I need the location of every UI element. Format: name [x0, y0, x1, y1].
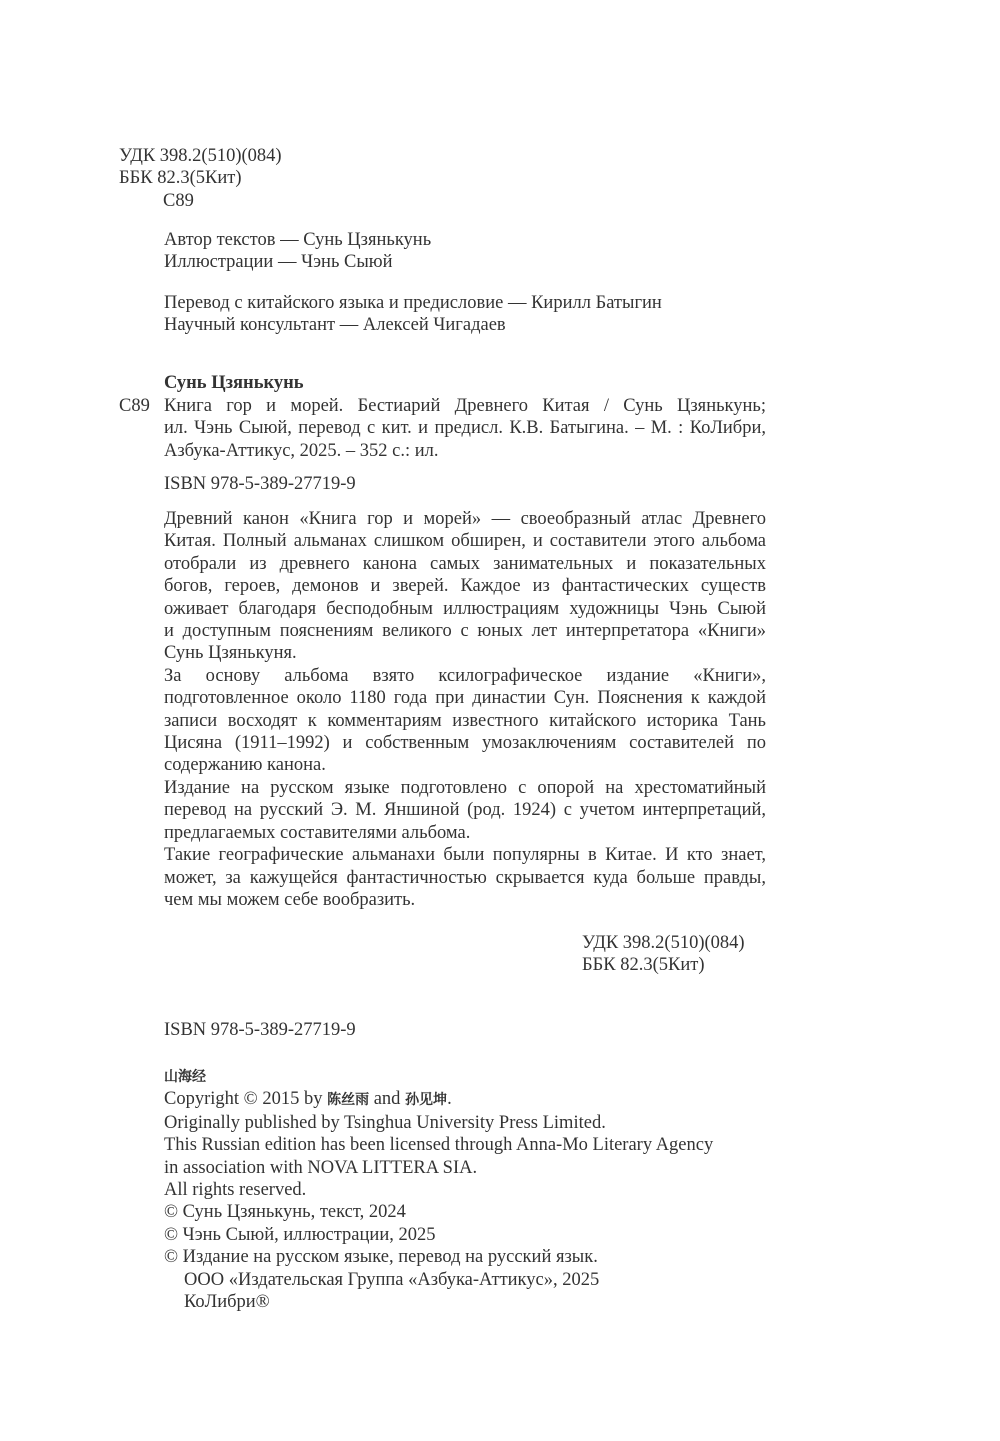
annotation: Древний канон «Книга гор и морей» — свое…	[164, 508, 766, 911]
author-cn-1: 陈丝雨	[327, 1092, 369, 1108]
annotation-line: отобрали из древнего канона самых занима…	[164, 553, 766, 575]
annotation-line: богов, героев, демонов и зверей. Каждое …	[164, 575, 766, 597]
annotation-line: может, за кажущейся фантастичностью скры…	[164, 867, 766, 889]
copyright-line: Copyright © 2015 by 陈丝雨 and 孙见坤.	[164, 1088, 713, 1111]
annotation-line: записи восходят к комментариям известног…	[164, 710, 766, 732]
credit-consultant: Научный консультант — Алексей Чигадаев	[164, 314, 662, 336]
copyright-text-line: in association with NOVA LITTERA SIA.	[164, 1157, 713, 1179]
annotation-line: и доступным пояснениям великого с юных л…	[164, 620, 766, 642]
record-line: ил. Чэнь Сыюй, перевод с кит. и предисл.…	[164, 417, 766, 439]
credits-block-2: Перевод с китайского языка и предисловие…	[164, 292, 662, 337]
author-mark: С89	[119, 190, 282, 212]
annotation-line: чем мы можем себе вообразить.	[164, 889, 766, 911]
bbk-code: ББК 82.3(5Кит)	[119, 167, 282, 189]
record-body: Книга гор и морей. Бестиарий Древнего Ки…	[164, 395, 766, 462]
credit-author: Автор текстов — Сунь Цзянькунь	[164, 229, 431, 251]
copyright-text-line: Originally published by Tsinghua Univers…	[164, 1112, 713, 1134]
annotation-line: Издание на русском языке подготовлено с …	[164, 777, 766, 799]
author-cn-2: 孙见坤	[405, 1092, 447, 1108]
annotation-line: оживает благодаря бесподобным иллюстраци…	[164, 598, 766, 620]
credit-illustrator: Иллюстрации — Чэнь Сыюй	[164, 251, 431, 273]
record-line: Книга гор и морей. Бестиарий Древнего Ки…	[164, 395, 766, 417]
record-isbn: ISBN 978-5-389-27719-9	[164, 473, 356, 495]
publisher-line: ООО «Издательская Группа «Азбука-Аттикус…	[164, 1269, 713, 1291]
record-author-mark: С89	[119, 395, 150, 417]
annotation-line: перевод на русский Э. М. Яншиной (род. 1…	[164, 799, 766, 821]
copyright-text-line: This Russian edition has been licensed t…	[164, 1134, 713, 1156]
annotation-line: Сунь Цзянькуня.	[164, 642, 766, 664]
annotation-line: Цисяна (1911–1992) и собственным умозакл…	[164, 732, 766, 754]
record-heading: Сунь Цзянькунь	[164, 372, 304, 394]
credit-translator: Перевод с китайского языка и предисловие…	[164, 292, 662, 314]
annotation-line: Китая. Полный альманах слишком обширен, …	[164, 530, 766, 552]
classification-block: УДК 398.2(510)(084) ББК 82.3(5Кит) С89	[119, 145, 282, 212]
bbk-code-repeat: ББК 82.3(5Кит)	[582, 954, 745, 976]
credits-block: Автор текстов — Сунь Цзянькунь Иллюстрац…	[164, 229, 431, 274]
udk-code-repeat: УДК 398.2(510)(084)	[582, 932, 745, 954]
annotation-line: подготовленное около 1180 года при динас…	[164, 687, 766, 709]
record-line: Азбука-Аттикус, 2025. – 352 с.: ил.	[164, 440, 766, 462]
annotation-line: предлагаемых составителями альбома.	[164, 822, 766, 844]
publisher-line: КоЛибри®	[164, 1291, 713, 1313]
copyright-block: 山海经 Copyright © 2015 by 陈丝雨 and 孙见坤. Ori…	[164, 1065, 713, 1313]
copyright-ru-line: © Издание на русском языке, перевод на р…	[164, 1246, 713, 1268]
annotation-line: содержанию канона.	[164, 754, 766, 776]
annotation-line: За основу альбома взято ксилографическое…	[164, 665, 766, 687]
udk-code: УДК 398.2(510)(084)	[119, 145, 282, 167]
footer-isbn: ISBN 978-5-389-27719-9	[164, 1019, 356, 1041]
copyright-ru-line: © Сунь Цзянькунь, текст, 2024	[164, 1201, 713, 1223]
original-title: 山海经	[164, 1065, 713, 1088]
copyright-ru-line: © Чэнь Сыюй, иллюстрации, 2025	[164, 1224, 713, 1246]
classification-repeat: УДК 398.2(510)(084) ББК 82.3(5Кит)	[582, 932, 745, 977]
annotation-line: Древний канон «Книга гор и морей» — свое…	[164, 508, 766, 530]
annotation-line: Такие географические альманахи были попу…	[164, 844, 766, 866]
copyright-text-line: All rights reserved.	[164, 1179, 713, 1201]
original-title-cn: 山海经	[164, 1069, 206, 1085]
